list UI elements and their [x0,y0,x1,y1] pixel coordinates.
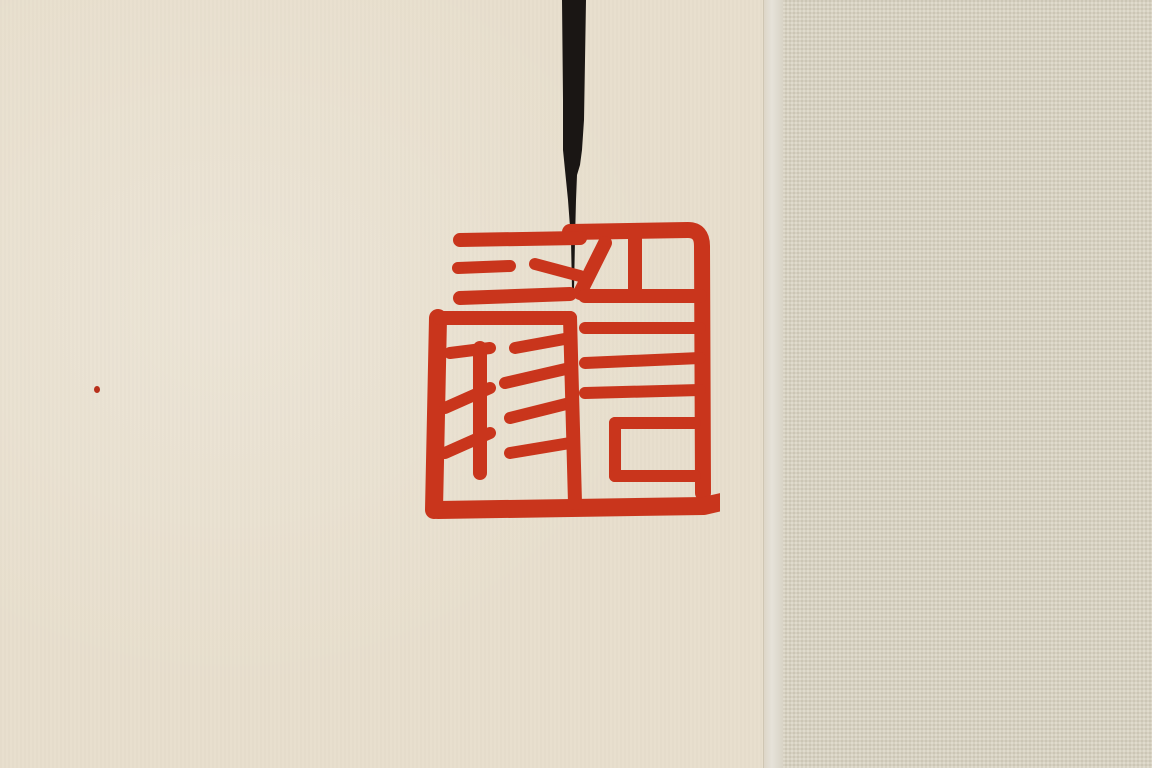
silk-mount [783,0,1152,768]
ink-speck [94,386,100,393]
paper-edge [763,0,784,768]
seal-impression: 龍 [420,218,720,523]
